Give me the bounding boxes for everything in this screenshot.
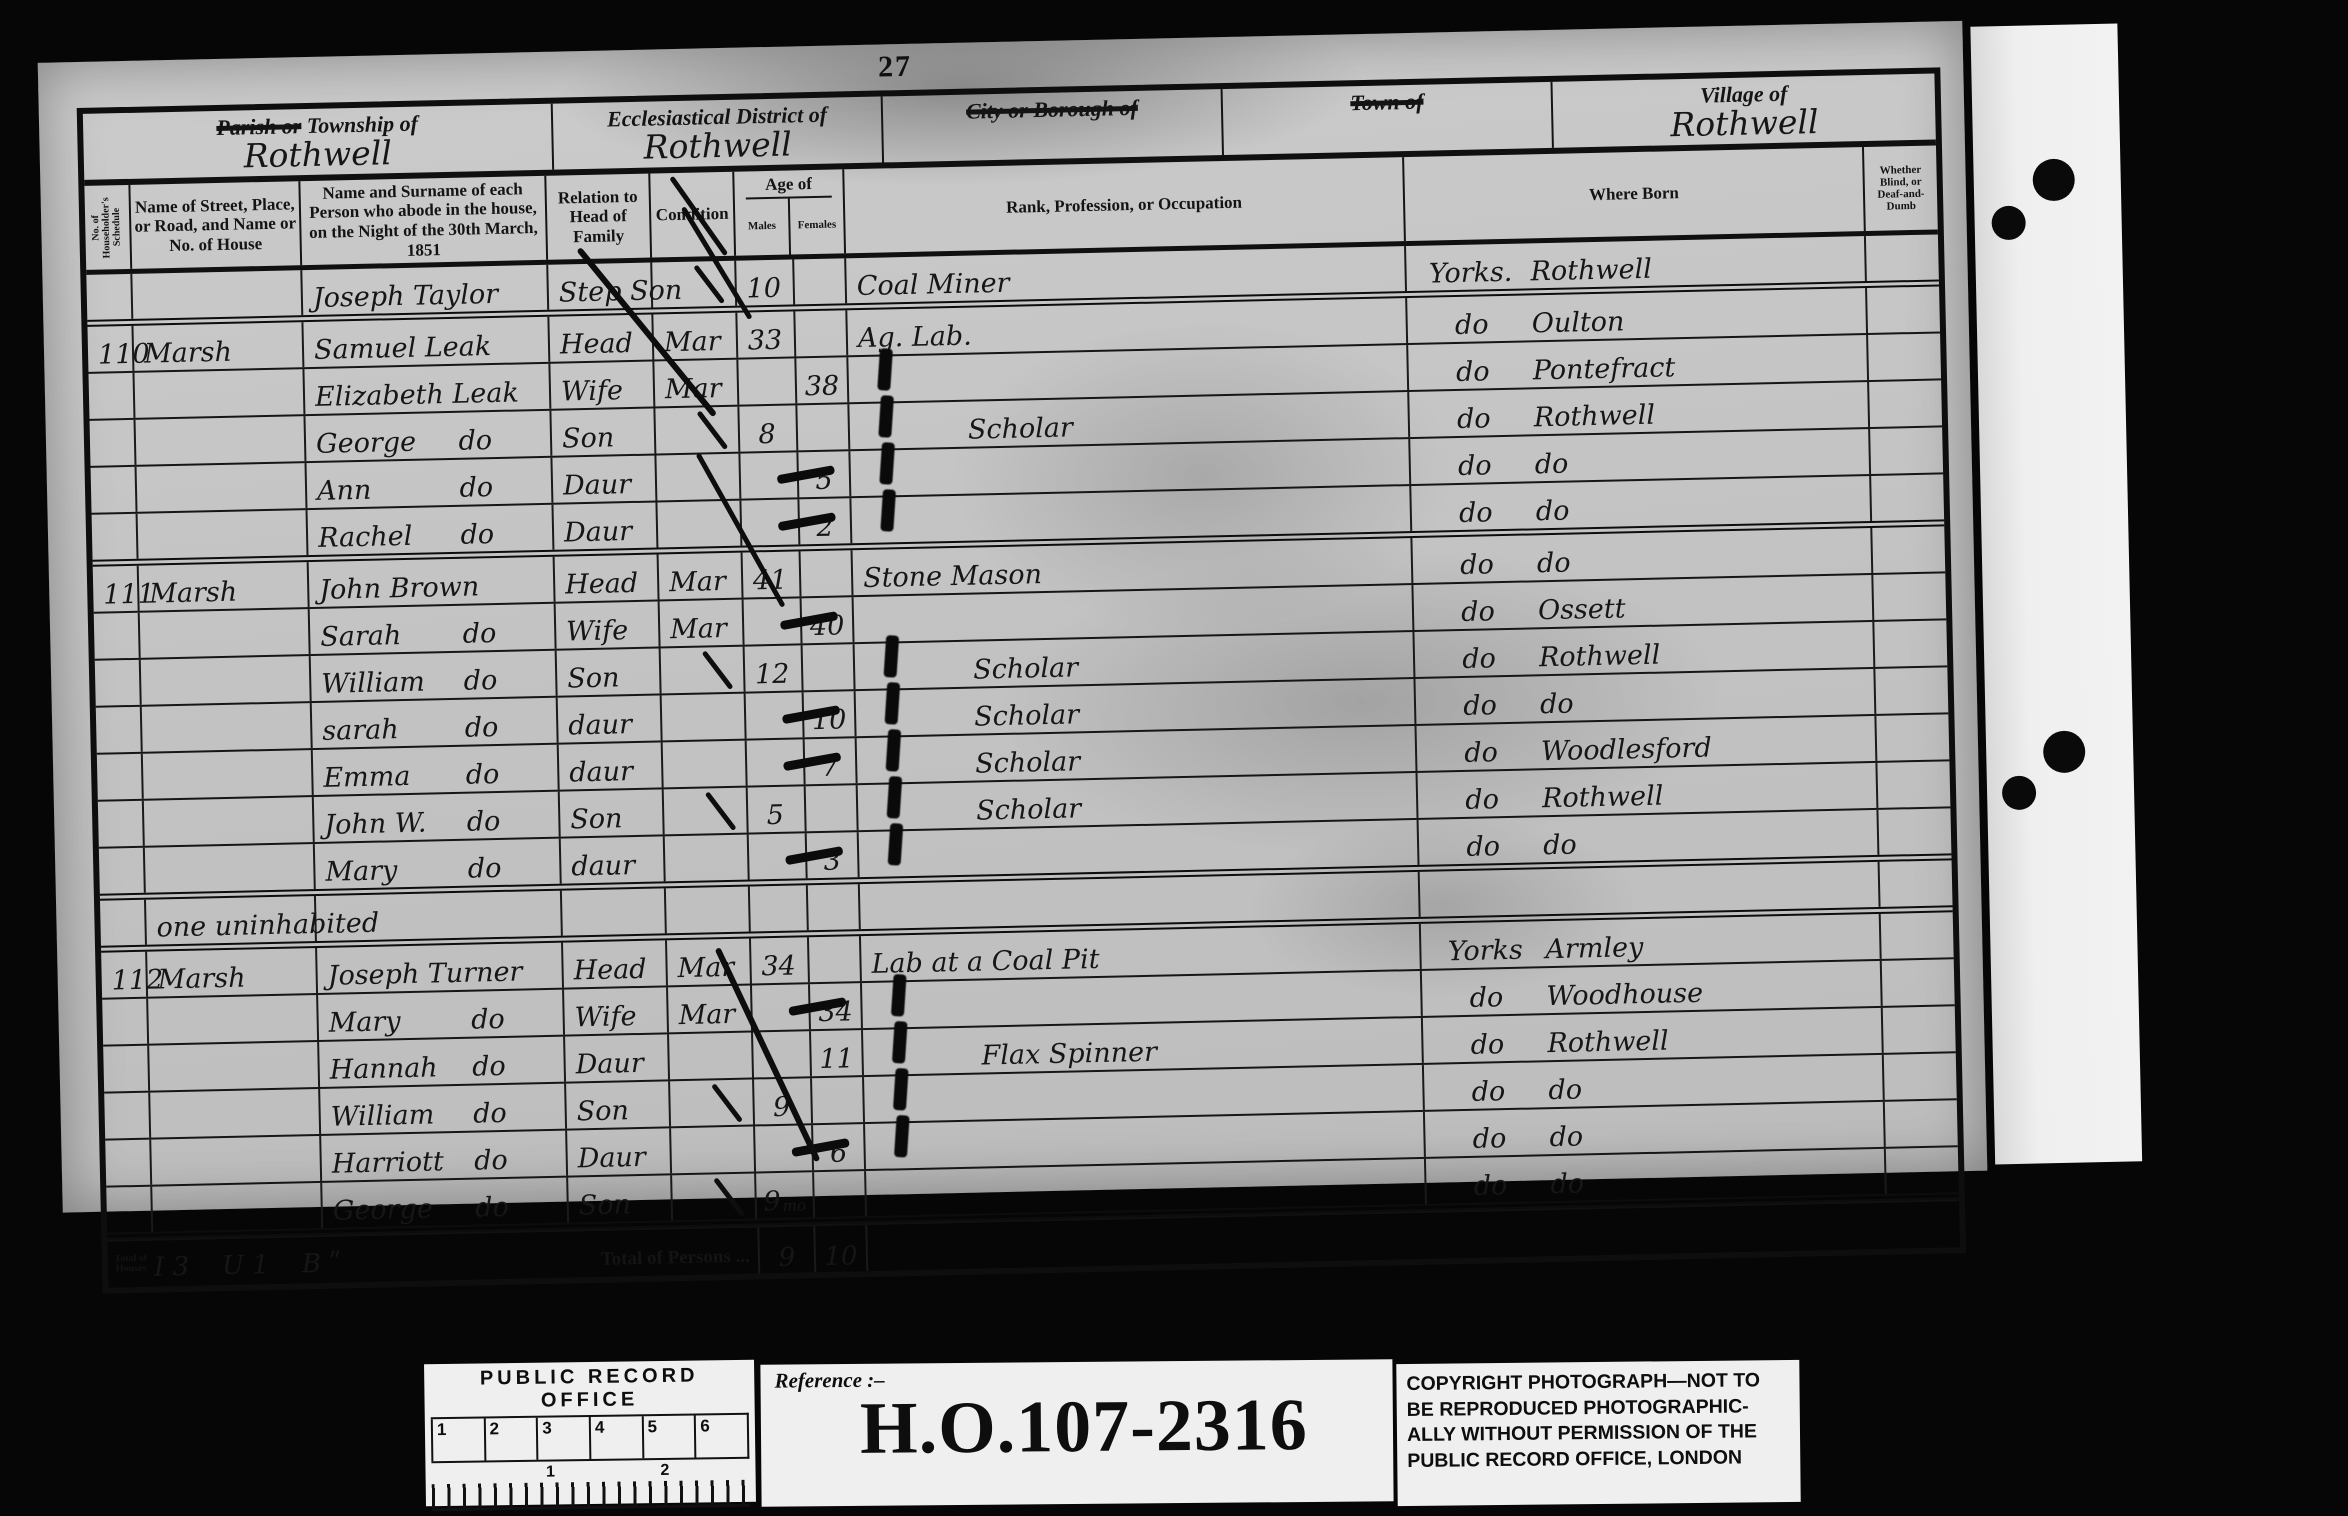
blind-deaf-column <box>1870 427 1943 474</box>
col-blind-deaf: Whether Blind, or Deaf-and-Dumb <box>1864 145 1938 231</box>
field-ecclesiastical-district: Ecclesiastical District of Rothwell <box>553 96 884 169</box>
person-name: Joseph Taylor <box>302 265 549 315</box>
person-name: Racheldo <box>308 505 555 555</box>
field-village: Village of Rothwell <box>1552 74 1935 148</box>
person-name: Samuel Leak <box>303 317 550 367</box>
record-office-title: PUBLIC RECORD OFFICE <box>430 1364 749 1414</box>
age-males <box>750 885 809 931</box>
schedule-number <box>89 373 136 419</box>
age-females <box>808 884 861 930</box>
field-city-borough: City or Borough of <box>883 89 1224 162</box>
born-place: do <box>1544 1168 1584 1200</box>
ditto-mark: do <box>460 519 494 551</box>
ditto-mark: do <box>474 1145 508 1177</box>
born-county: do <box>1429 830 1538 863</box>
street-name: Marsh <box>139 562 310 611</box>
reference-number: H.O.107-2316 <box>775 1382 1394 1472</box>
blind-deaf-column <box>1886 1147 1959 1194</box>
street-name <box>148 995 319 1044</box>
relation-to-head: daur <box>558 695 663 742</box>
relation-to-head: Head <box>555 554 660 601</box>
where-born: doRothwell <box>1423 1008 1884 1063</box>
born-place: do <box>1534 689 1574 721</box>
age-males: 9mo <box>756 1172 815 1218</box>
relation-to-head: Son <box>566 1081 671 1128</box>
field-parish-township: Parish or Township of Rothwell <box>83 104 554 180</box>
person-name: Emmado <box>313 745 560 795</box>
schedule-number <box>99 848 146 894</box>
blind-deaf-column <box>1884 1053 1957 1100</box>
age-females: 7 <box>805 738 858 784</box>
age-females <box>797 404 850 450</box>
where-born: dodo <box>1419 810 1880 865</box>
where-born: doWoodlesford <box>1416 716 1877 771</box>
col-relation: Relation to Head of Family <box>546 174 652 260</box>
where-born: dodo <box>1424 1055 1885 1110</box>
age-males <box>738 358 797 404</box>
age-females: 34 <box>810 983 863 1029</box>
born-place: do <box>1528 449 1568 481</box>
born-county: do <box>1436 1169 1545 1202</box>
blind-deaf-column <box>1881 912 1954 959</box>
born-county: do <box>1418 355 1527 388</box>
condition <box>665 835 750 882</box>
village-value: Rothwell <box>1553 99 1936 146</box>
blind-deaf-column <box>1876 714 1949 761</box>
person-name: Georgedo <box>322 1178 569 1228</box>
copyright-line: COPYRIGHT PHOTOGRAPH—NOT TO <box>1406 1368 1789 1398</box>
street-name <box>137 463 308 512</box>
microfilm-tilt-wrapper: 27 Parish or Township of Rothwell Eccles… <box>38 17 2148 1212</box>
age-females: 40 <box>802 597 855 643</box>
where-born: doPontefract <box>1408 335 1869 390</box>
person-name: Joseph Turner <box>317 943 564 993</box>
street-name: one uninhabited <box>146 896 317 945</box>
where-born: doRothwell <box>1409 382 1870 437</box>
ruler-inches: 1 2 3 4 5 6 <box>431 1413 750 1463</box>
ditto-mark: do <box>466 806 500 838</box>
microfilm-frame: { "census": { "page_number": "27", "top_… <box>0 0 2348 1516</box>
ditto-mark: do <box>468 853 502 885</box>
born-place: Pontefract <box>1526 352 1675 386</box>
relation-to-head: Son <box>557 648 662 695</box>
col-age-females: Females <box>790 197 844 255</box>
condition: Mar <box>667 939 752 986</box>
born-county: do <box>1423 548 1532 581</box>
blind-deaf-column <box>1873 573 1946 620</box>
born-county: do <box>1432 981 1541 1014</box>
born-place: Rothwell <box>1533 640 1661 674</box>
born-place: Oulton <box>1525 306 1624 339</box>
where-born: dodo <box>1412 528 1873 583</box>
copyright-line: BE REPRODUCED PHOTOGRAPHIC- <box>1407 1394 1790 1424</box>
col-schedule: No. of Householder's Schedule <box>84 185 132 270</box>
born-county <box>1431 913 1539 915</box>
col-occupation: Rank, Profession, or Occupation <box>844 157 1406 253</box>
ditto-mark: do <box>462 618 496 650</box>
street-name <box>144 797 315 846</box>
condition <box>671 1126 756 1173</box>
born-county: do <box>1428 783 1537 816</box>
relation-to-head: daur <box>561 836 666 883</box>
age-females: 38 <box>796 357 849 403</box>
street-name <box>150 1089 321 1138</box>
relation-to-head: Step Son <box>548 263 653 310</box>
born-county: do <box>1425 642 1534 675</box>
relation-to-head: Daur <box>553 502 658 549</box>
condition <box>666 887 751 934</box>
person-name: Williamdo <box>320 1084 567 1134</box>
born-place: Ossett <box>1532 593 1626 626</box>
born-county: do <box>1434 1075 1543 1108</box>
person-name: Marydo <box>318 990 565 1040</box>
where-born: dodo <box>1411 476 1872 531</box>
condition: Mar <box>660 600 745 647</box>
person-name: Anndo <box>306 458 553 508</box>
born-county: Yorks. <box>1416 256 1525 289</box>
born-place: do <box>1543 1121 1583 1153</box>
col-name: Name and Surname of each Person who abod… <box>300 176 548 265</box>
age-females: 11 <box>811 1030 864 1076</box>
schedule-number <box>97 754 144 800</box>
condition <box>669 1033 754 1080</box>
blind-deaf-column <box>1867 286 1940 333</box>
ditto-mark: do <box>472 1051 506 1083</box>
born-place: Woodhouse <box>1540 978 1703 1013</box>
relation-to-head: Wife <box>564 987 669 1034</box>
age-females <box>809 936 862 982</box>
schedule-number <box>102 999 149 1045</box>
schedule-number <box>98 801 145 847</box>
total-persons-females: 10 <box>815 1225 868 1272</box>
where-born: doRothwell <box>1418 763 1879 818</box>
born-county: do <box>1433 1028 1542 1061</box>
condition: Mar <box>659 553 744 600</box>
blind-deaf-column <box>1875 667 1948 714</box>
page-number: 27 <box>878 50 913 85</box>
total-persons-label: Total of Persons ... <box>323 1227 758 1282</box>
where-born: doOulton <box>1407 288 1868 343</box>
where-born: dodo <box>1426 1149 1887 1204</box>
age-females <box>806 785 859 831</box>
person-name: John Brown <box>309 557 556 607</box>
age-males: 34 <box>751 937 810 983</box>
relation-to-head: Daur <box>565 1034 670 1081</box>
col-age-males: Males <box>735 198 791 256</box>
copyright-line: PUBLIC RECORD OFFICE, LONDON <box>1407 1445 1790 1475</box>
born-county: do <box>1421 449 1530 482</box>
born-place: do <box>1537 829 1577 861</box>
where-born: dodo <box>1415 669 1876 724</box>
street-name <box>143 750 314 799</box>
schedule-number <box>96 707 143 753</box>
street-name <box>132 270 303 319</box>
age-females <box>794 258 847 304</box>
person-name: John W.do <box>314 792 561 842</box>
street-name <box>142 703 313 752</box>
born-place: do <box>1530 496 1570 528</box>
street-name: Marsh <box>133 322 304 371</box>
relation-to-head <box>562 888 667 935</box>
blind-deaf-column <box>1880 860 1953 907</box>
schedule-number <box>94 613 141 659</box>
relation-to-head: Son <box>560 789 665 836</box>
record-office-ruler: PUBLIC RECORD OFFICE 1 2 3 4 5 6 1 2 <box>424 1360 756 1507</box>
born-county: do <box>1422 496 1531 529</box>
total-houses-value: I 3 U 1 B ʺ <box>153 1237 324 1287</box>
age-females <box>795 310 848 356</box>
ditto-mark: do <box>459 472 493 504</box>
blind-deaf-column <box>1869 380 1942 427</box>
born-county: do <box>1424 595 1533 628</box>
ruler-ticks: 1 2 <box>431 1459 750 1515</box>
street-name <box>141 656 312 705</box>
ditto-mark: do <box>471 1004 505 1036</box>
born-place: do <box>1531 548 1571 580</box>
schedule-number: 110 <box>87 326 134 372</box>
relation-to-head: Daur <box>552 455 657 502</box>
schedule-number <box>90 420 137 466</box>
blind-deaf-column <box>1872 526 1945 573</box>
copyright-line: ALLY WITHOUT PERMISSION OF THE <box>1407 1419 1790 1449</box>
street-name <box>136 416 307 465</box>
born-place: do <box>1542 1074 1582 1106</box>
person-name: Williamdo <box>311 651 558 701</box>
tick-marks <box>432 1480 750 1511</box>
where-born <box>1420 862 1881 917</box>
where-born: dodo <box>1425 1102 1886 1157</box>
blind-deaf-column <box>1868 333 1941 380</box>
relation-to-head: daur <box>559 742 664 789</box>
age-females: 6 <box>813 1124 866 1170</box>
blind-deaf-column <box>1878 808 1951 855</box>
born-place: Rothwell <box>1536 781 1664 815</box>
ditto-mark: do <box>473 1098 507 1130</box>
person-name: Marydo <box>315 839 562 889</box>
born-county: do <box>1417 308 1526 341</box>
where-born: doOssett <box>1413 575 1874 630</box>
col-condition: Condition <box>650 172 736 258</box>
schedule-number: 111 <box>93 566 140 612</box>
schedule-number <box>104 1093 151 1139</box>
schedule-number <box>103 1046 150 1092</box>
age-males: 8 <box>739 405 798 451</box>
archive-stamp-bar: PUBLIC RECORD OFFICE 1 2 3 4 5 6 1 2 Ref… <box>425 1362 1800 1508</box>
street-name <box>152 1183 323 1232</box>
person-name: Sarahdo <box>310 604 557 654</box>
ditto-mark: do <box>458 425 492 457</box>
street-name <box>138 510 309 559</box>
born-place: Woodlesford <box>1535 733 1712 768</box>
born-county: do <box>1427 736 1536 769</box>
schedule-number <box>100 900 147 946</box>
census-page: 27 Parish or Township of Rothwell Eccles… <box>38 21 1988 1213</box>
census-table: Parish or Township of Rothwell Ecclesias… <box>77 67 1966 1293</box>
person-name: Elizabeth Leak <box>304 364 551 414</box>
ditto-mark: do <box>475 1192 509 1224</box>
born-place: Rothwell <box>1524 254 1652 288</box>
person-name: sarahdo <box>312 698 559 748</box>
street-name <box>151 1136 322 1185</box>
street-name <box>149 1042 320 1091</box>
schedule-number <box>106 1187 153 1233</box>
age-males: 10 <box>736 259 795 305</box>
born-county: do <box>1419 402 1528 435</box>
born-county: Yorks <box>1431 934 1540 967</box>
condition <box>662 694 747 741</box>
street-name <box>134 369 305 418</box>
age-females: 2 <box>799 498 852 544</box>
col-age: Age of Males Females <box>734 169 846 255</box>
person-name: Harriottdo <box>321 1131 568 1181</box>
born-place: Rothwell <box>1541 1026 1669 1060</box>
born-place: Armley <box>1539 932 1644 965</box>
street-name: Marsh <box>147 948 318 997</box>
age-females <box>801 550 854 596</box>
blind-deaf-column <box>1882 959 1955 1006</box>
col-where-born: Where Born <box>1404 147 1866 241</box>
copyright-panel: COPYRIGHT PHOTOGRAPH—NOT TO BE REPRODUCE… <box>1396 1360 1800 1506</box>
born-county: do <box>1426 689 1535 722</box>
schedule-number <box>92 514 139 560</box>
person-name: Georgedo <box>305 411 552 461</box>
district-value: Rothwell <box>553 122 882 168</box>
street-name <box>145 844 316 893</box>
age-males: 33 <box>737 311 796 357</box>
col-street: Name of Street, Place, or Road, and Name… <box>130 181 302 269</box>
field-town: Town of <box>1223 82 1554 155</box>
age-females <box>803 644 856 690</box>
blind-deaf-column <box>1866 234 1939 281</box>
age-females: 10 <box>804 691 857 737</box>
relation-to-head: Daur <box>567 1128 672 1175</box>
relation-to-head: Son <box>568 1175 673 1222</box>
relation-to-head: Son <box>551 408 656 455</box>
age-males: 5 <box>748 786 807 832</box>
person-name <box>316 891 563 941</box>
blind-deaf-column <box>1877 761 1950 808</box>
schedule-number <box>105 1140 152 1186</box>
ditto-mark: do <box>464 712 498 744</box>
total-houses-label: Total of Houses <box>107 1241 154 1288</box>
where-born: Yorks.Rothwell <box>1406 236 1867 291</box>
born-county: do <box>1435 1122 1544 1155</box>
where-born: doRothwell <box>1414 622 1875 677</box>
schedule-number <box>86 274 133 320</box>
where-born: YorksArmley <box>1421 914 1882 969</box>
blind-deaf-column <box>1883 1006 1956 1053</box>
census-rows: Joseph Taylor Step Son 10 Coal Miner Yor… <box>86 234 1959 1239</box>
age-females <box>812 1077 865 1123</box>
condition <box>663 741 748 788</box>
where-born: doWoodhouse <box>1422 961 1883 1016</box>
born-place: Rothwell <box>1527 400 1655 434</box>
relation-to-head: Wife <box>556 601 661 648</box>
reference-panel: Reference :– H.O.107-2316 <box>760 1359 1393 1507</box>
age-females: 3 <box>807 832 860 878</box>
age-males: 12 <box>745 645 804 691</box>
where-born: dodo <box>1410 429 1871 484</box>
person-name: Hannahdo <box>319 1037 566 1087</box>
ditto-mark: do <box>465 759 499 791</box>
street-name <box>140 609 311 658</box>
schedule-number <box>95 660 142 706</box>
schedule-number <box>91 467 138 513</box>
age-females: 5 <box>798 451 851 497</box>
relation-to-head: Head <box>563 940 668 987</box>
blind-deaf-column <box>1874 620 1947 667</box>
blind-deaf-column <box>1871 474 1944 521</box>
total-persons-males: 9 <box>757 1226 816 1273</box>
schedule-number: 112 <box>101 952 148 998</box>
relation-to-head: Wife <box>550 361 655 408</box>
age-females <box>814 1171 867 1217</box>
blind-deaf-column <box>1885 1100 1958 1147</box>
ditto-mark: do <box>463 665 497 697</box>
